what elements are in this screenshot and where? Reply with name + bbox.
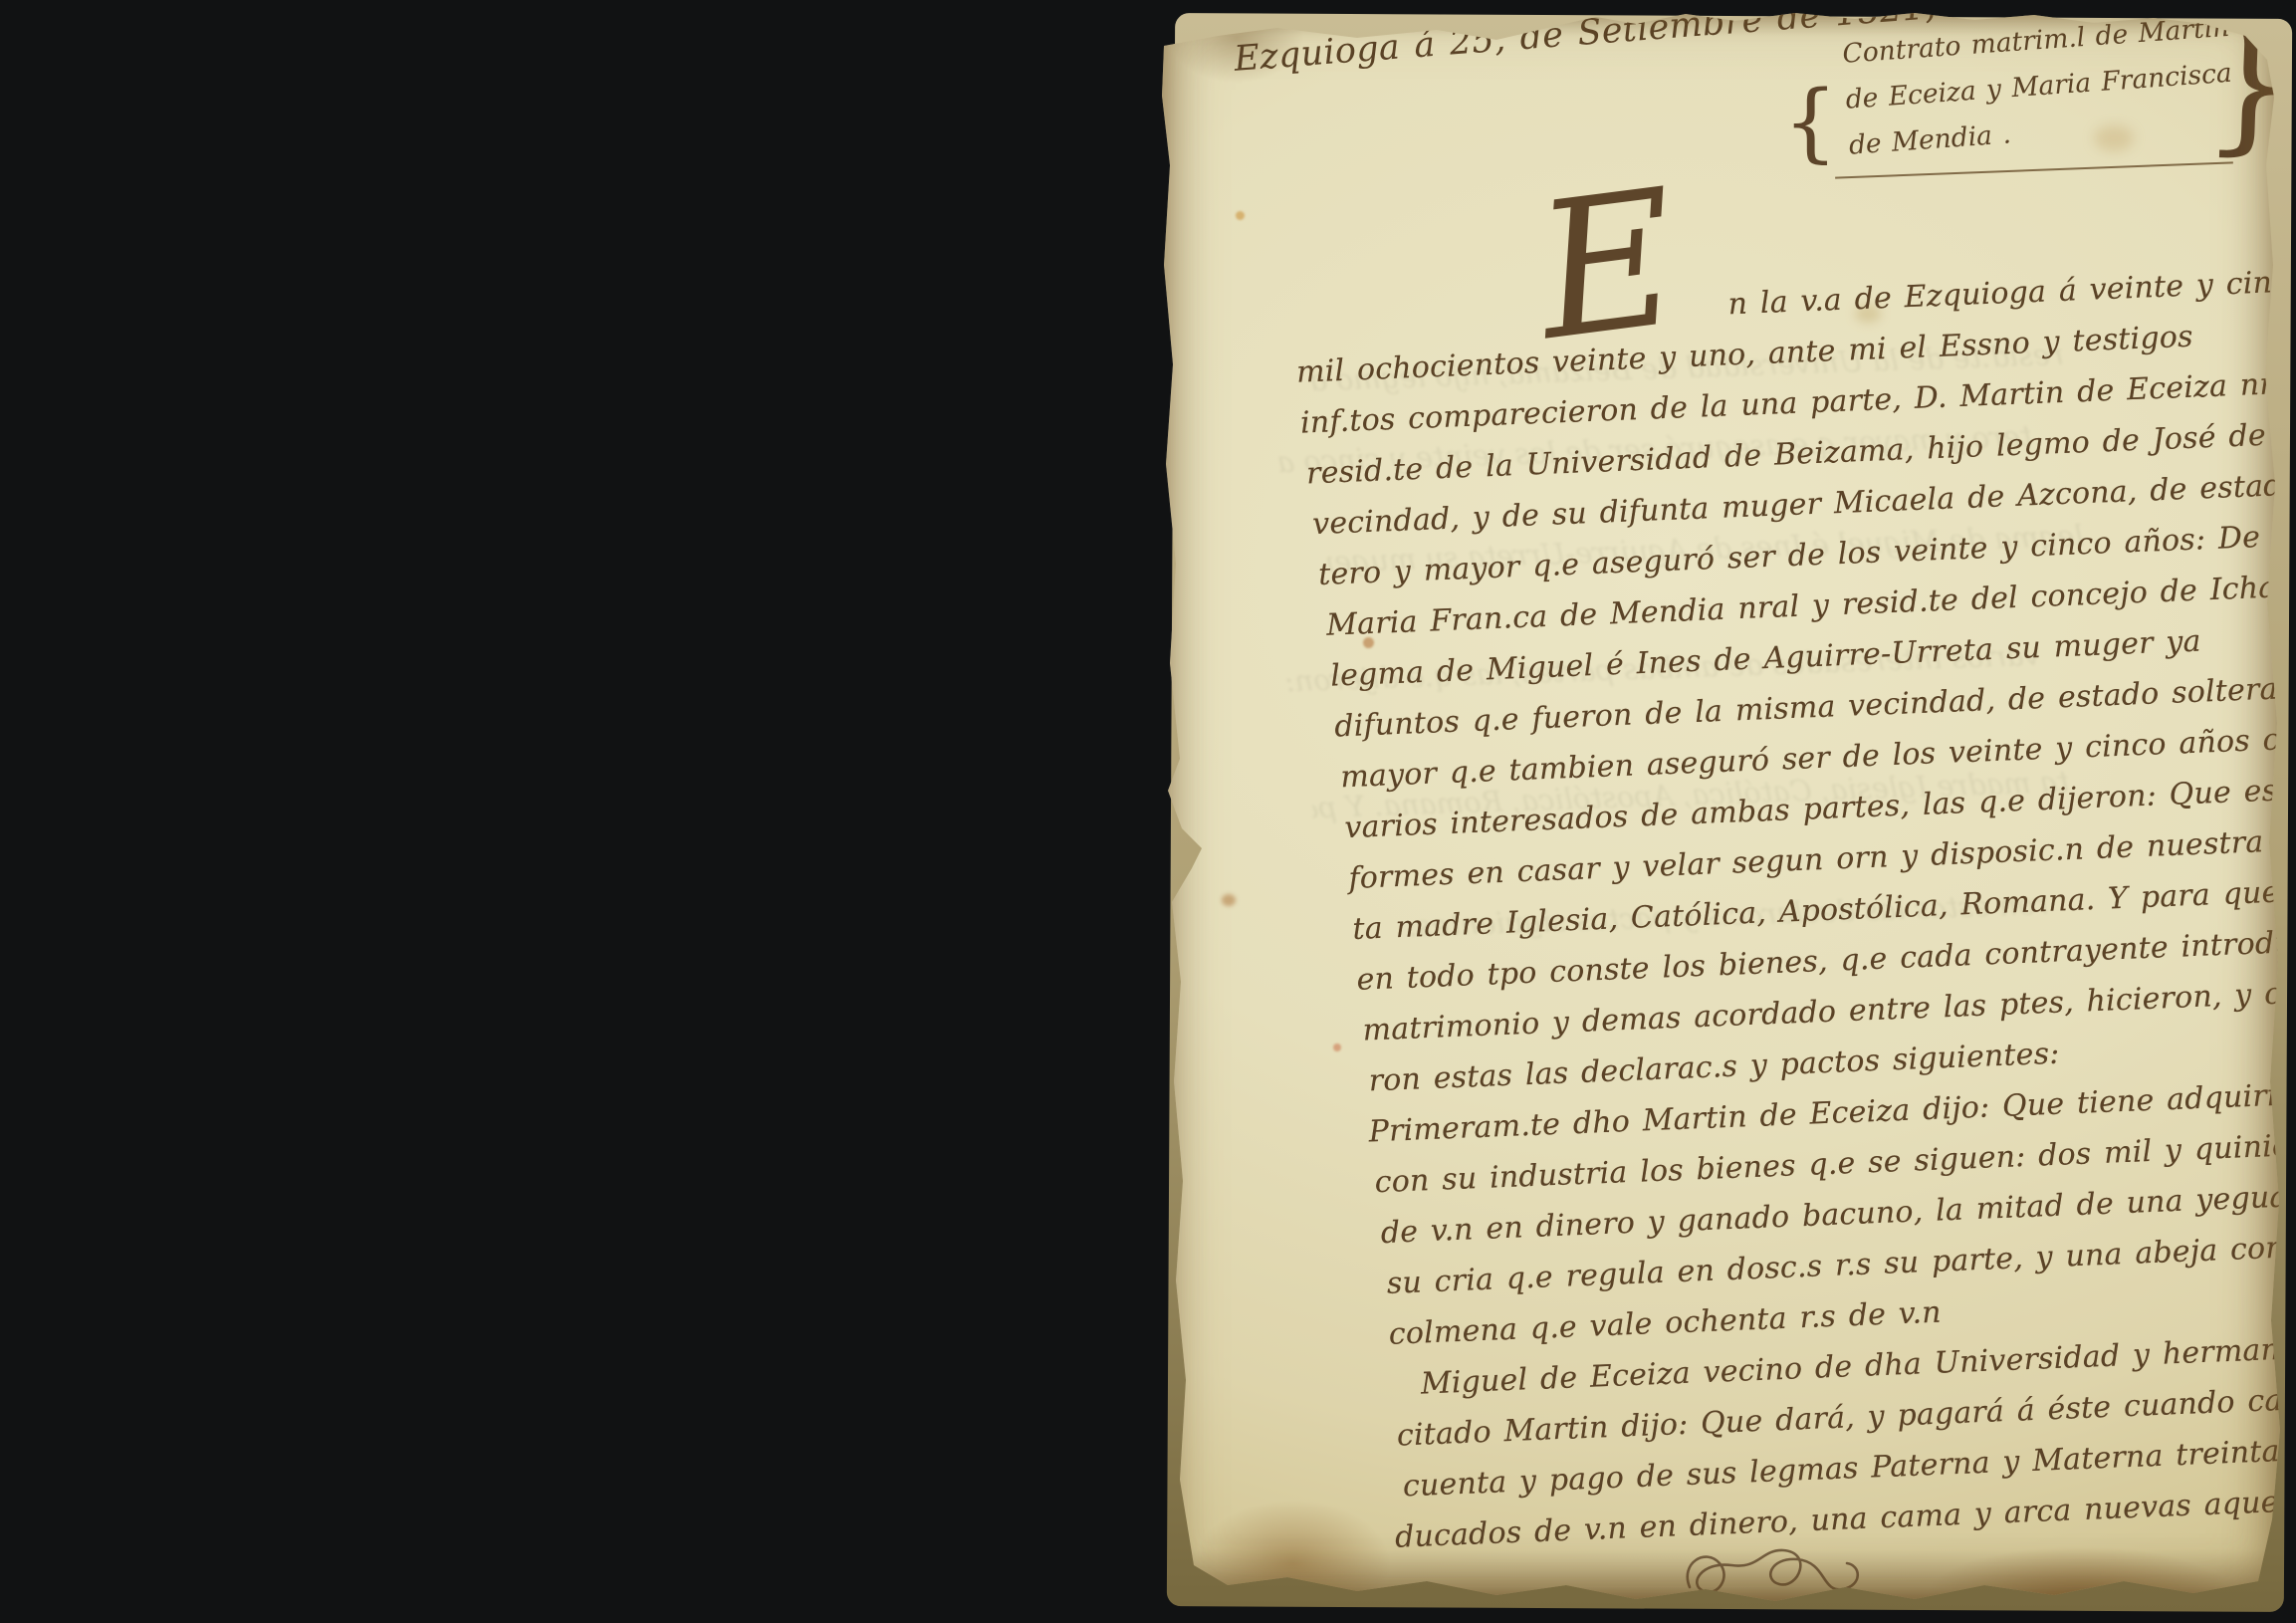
manuscript-page: resid.te de la Universidad de Beizama, h… <box>1158 6 2283 1611</box>
drop-cap-initial: E <box>1528 164 1688 367</box>
photo-stage: resid.te de la Universidad de Beizama, h… <box>0 0 2296 1623</box>
deed-body-text: E n la v.a de Ezquioga á veinte y cinco … <box>1289 257 2296 1565</box>
docket-text: Contrato matrim.l de Martin de Eceiza y … <box>1841 5 2237 169</box>
paper-stain <box>1236 211 1245 220</box>
open-brace-mark: { <box>1783 80 1838 165</box>
paper-stain <box>1222 894 1236 906</box>
dateline: Ezquioga á 25, de Setiembre de 1821, <box>1233 0 1831 80</box>
docket-annotation: { Contrato matrim.l de Martin de Eceiza … <box>1783 18 2267 197</box>
